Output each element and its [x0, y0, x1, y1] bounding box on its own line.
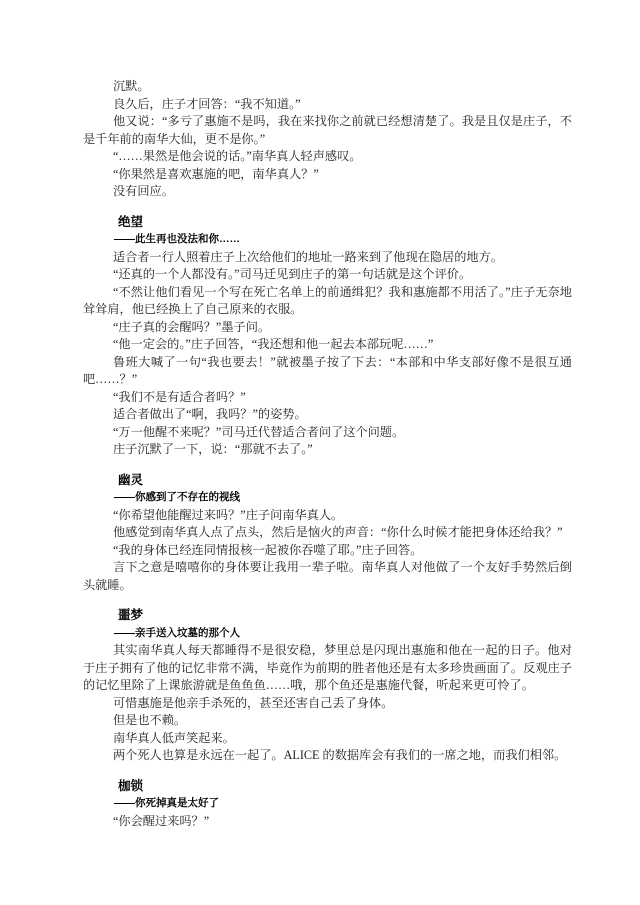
paragraph: 没有回应。 — [83, 183, 572, 201]
paragraph: “你会醒过来吗？” — [83, 813, 572, 831]
section-subtitle: ——此生再也没法和你…… — [114, 231, 572, 249]
document-page: 沉默。良久后，庄子才回答：“我不知道。”他又说：“多亏了惠施不是吗，我在来找你之… — [0, 0, 640, 905]
paragraph: “不然让他们看见一个写在死亡名单上的前通缉犯？我和惠施都不用活了。”庄子无奈地耸… — [83, 284, 572, 319]
paragraph: 其实南华真人每天都睡得不是很安稳，梦里总是闪现出惠施和他在一起的日子。他对于庄子… — [83, 642, 572, 695]
paragraph: “庄子真的会醒吗？”墨子问。 — [83, 319, 572, 337]
section-subtitle: ——你感到了不存在的视线 — [114, 489, 572, 507]
paragraph: 鲁班大喊了一句“我也要去！”就被墨子按了下去：“本部和中华支部好像不是很互通吧…… — [83, 354, 572, 389]
section-title: 绝望 — [118, 214, 572, 232]
section-subtitle: ——你死掉真是太好了 — [114, 795, 572, 813]
paragraph: “……果然是他会说的话。”南华真人轻声感叹。 — [83, 148, 572, 166]
paragraph: “万一他醒不来呢？”司马迁代替适合者问了这个问题。 — [83, 424, 572, 442]
paragraph: 可惜惠施是他亲手杀死的，甚至还害自己丢了身体。 — [83, 695, 572, 713]
paragraph: 他又说：“多亏了惠施不是吗，我在来找你之前就已经想清楚了。我是且仅是庄子，不是千… — [83, 113, 572, 148]
section-paragraphs: 其实南华真人每天都睡得不是很安稳，梦里总是闪现出惠施和他在一起的日子。他对于庄子… — [83, 642, 572, 765]
paragraph: 两个死人也算是永远在一起了。ALICE 的数据库会有我们的一席之地，而我们相邻。 — [83, 747, 572, 765]
section-title: 枷锁 — [118, 778, 572, 796]
paragraph: “我的身体已经连同情报核一起被你吞噬了耶。”庄子回答。 — [83, 542, 572, 560]
paragraph: 但是也不赖。 — [83, 712, 572, 730]
document-content: 沉默。良久后，庄子才回答：“我不知道。”他又说：“多亏了惠施不是吗，我在来找你之… — [83, 78, 572, 830]
paragraph: “他一定会的。”庄子回答，“我还想和他一起去本部玩呢……” — [83, 336, 572, 354]
story-section: 枷锁 ——你死掉真是太好了 “你会醒过来吗？” — [83, 778, 572, 831]
paragraph: 庄子沉默了一下，说：“那就不去了。” — [83, 441, 572, 459]
paragraph: 沉默。 — [83, 78, 572, 96]
paragraph: 言下之意是嘻嘻你的身体要让我用一辈子啦。南华真人对他做了一个友好手势然后倒头就睡… — [83, 559, 572, 594]
story-section: 幽灵 ——你感到了不存在的视线 “你希望他能醒过来吗？”庄子问南华真人。他感觉到… — [83, 472, 572, 595]
section-paragraphs: “你希望他能醒过来吗？”庄子问南华真人。他感觉到南华真人点了点头，然后是恼火的声… — [83, 507, 572, 595]
paragraph: 良久后，庄子才回答：“我不知道。” — [83, 96, 572, 114]
story-section: 沉默。良久后，庄子才回答：“我不知道。”他又说：“多亏了惠施不是吗，我在来找你之… — [83, 78, 572, 201]
section-title: 幽灵 — [118, 472, 572, 490]
paragraph: “你希望他能醒过来吗？”庄子问南华真人。 — [83, 507, 572, 525]
section-paragraphs: “你会醒过来吗？” — [83, 813, 572, 831]
section-paragraphs: 适合者一行人照着庄子上次给他们的地址一路来到了他现在隐居的地方。“还真的一个人都… — [83, 249, 572, 459]
paragraph: “你果然是喜欢惠施的吧，南华真人？” — [83, 166, 572, 184]
section-title: 噩梦 — [118, 607, 572, 625]
paragraph: 适合者做出了“啊，我吗？”的姿势。 — [83, 406, 572, 424]
story-section: 绝望 ——此生再也没法和你…… 适合者一行人照着庄子上次给他们的地址一路来到了他… — [83, 214, 572, 459]
story-section: 噩梦 ——亲手送入坟墓的那个人 其实南华真人每天都睡得不是很安稳，梦里总是闪现出… — [83, 607, 572, 765]
paragraph: “还真的一个人都没有。”司马迁见到庄子的第一句话就是这个评价。 — [83, 266, 572, 284]
section-subtitle: ——亲手送入坟墓的那个人 — [114, 625, 572, 643]
section-paragraphs: 沉默。良久后，庄子才回答：“我不知道。”他又说：“多亏了惠施不是吗，我在来找你之… — [83, 78, 572, 201]
paragraph: “我们不是有适合者吗？” — [83, 389, 572, 407]
paragraph: 适合者一行人照着庄子上次给他们的地址一路来到了他现在隐居的地方。 — [83, 249, 572, 267]
paragraph: 他感觉到南华真人点了点头，然后是恼火的声音：“你什么时候才能把身体还给我？” — [83, 524, 572, 542]
paragraph: 南华真人低声笑起来。 — [83, 730, 572, 748]
